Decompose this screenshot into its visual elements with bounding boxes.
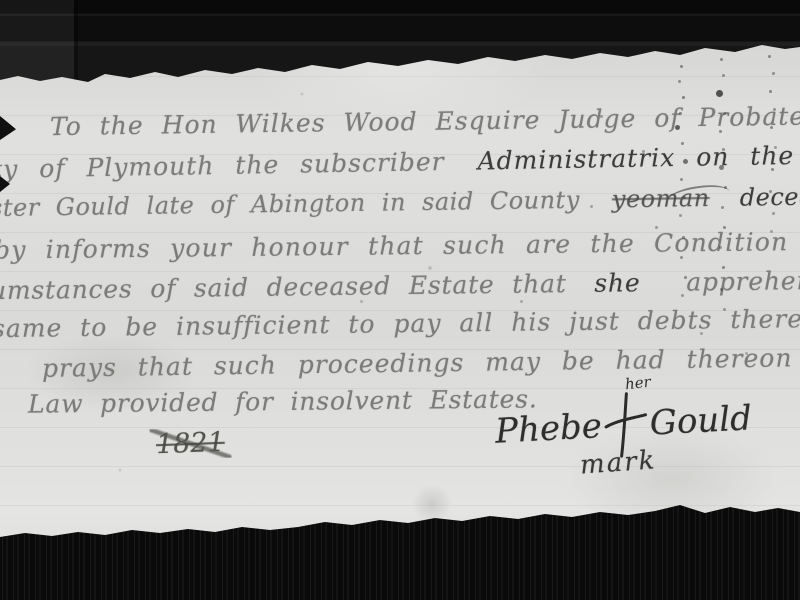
photographed-document: To the Hon Wilkes Wood Esquire Judge of … (0, 0, 800, 600)
line3-main-segment: ster Gould late of Abington in said Coun… (0, 186, 580, 222)
handwritten-line-county: ty of Plymouth the subscriber Administra… (0, 139, 800, 184)
handwritten-line-prays: prays that such proceedings may be had t… (42, 342, 800, 383)
signature-surname: Gould (649, 398, 753, 443)
line5-main-segment: umstances of said deceased Estate that (0, 269, 567, 305)
her-mark-top-label: her (624, 373, 651, 394)
handwritten-line-informs: by informs your honour that such are the… (0, 226, 800, 264)
handwritten-line-salutation: To the Hon Wilkes Wood Esquire Judge of … (50, 100, 800, 141)
handwritten-line-insolvent: Law provided for insolvent Estates. (28, 384, 538, 418)
line2-light-segment: ty of Plymouth the subscriber (0, 147, 445, 184)
handwritten-line-insufficient: same to be insufficient to pay all his j… (0, 304, 800, 343)
line5-she-segment: she (594, 268, 640, 298)
line2-administratrix-segment: Administratrix on the Estate (477, 139, 800, 175)
signature-given-name: Phebe (494, 406, 603, 452)
handwritten-line-circumstances: umstances of said deceased Estate that s… (0, 266, 800, 305)
struck-date: 1821 (149, 427, 231, 461)
line5-apprehend-segment: apprehend (686, 266, 800, 297)
her-mark-bottom-label: mark (579, 445, 657, 480)
torn-edge-notch (0, 116, 16, 140)
line3-deceased-segment: deceased (740, 182, 800, 212)
